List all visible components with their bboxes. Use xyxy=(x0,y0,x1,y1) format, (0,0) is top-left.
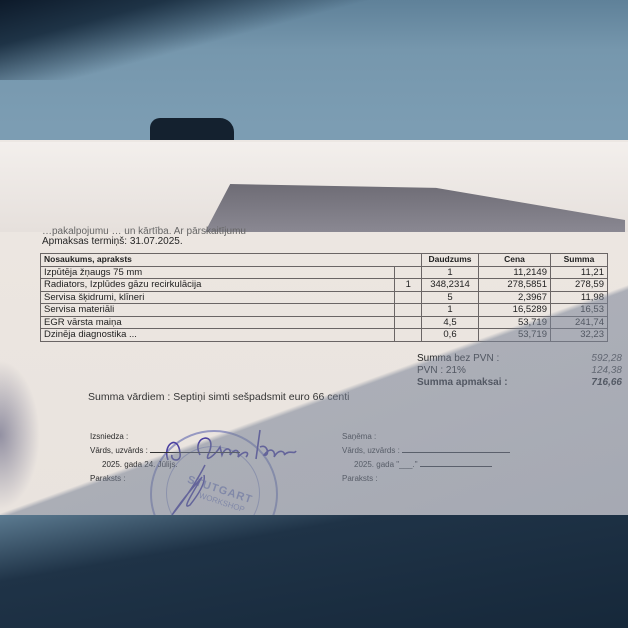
left-hand-shadow xyxy=(0,360,40,510)
table-surface-bottom xyxy=(0,515,628,628)
diagonal-shadow xyxy=(0,232,628,515)
